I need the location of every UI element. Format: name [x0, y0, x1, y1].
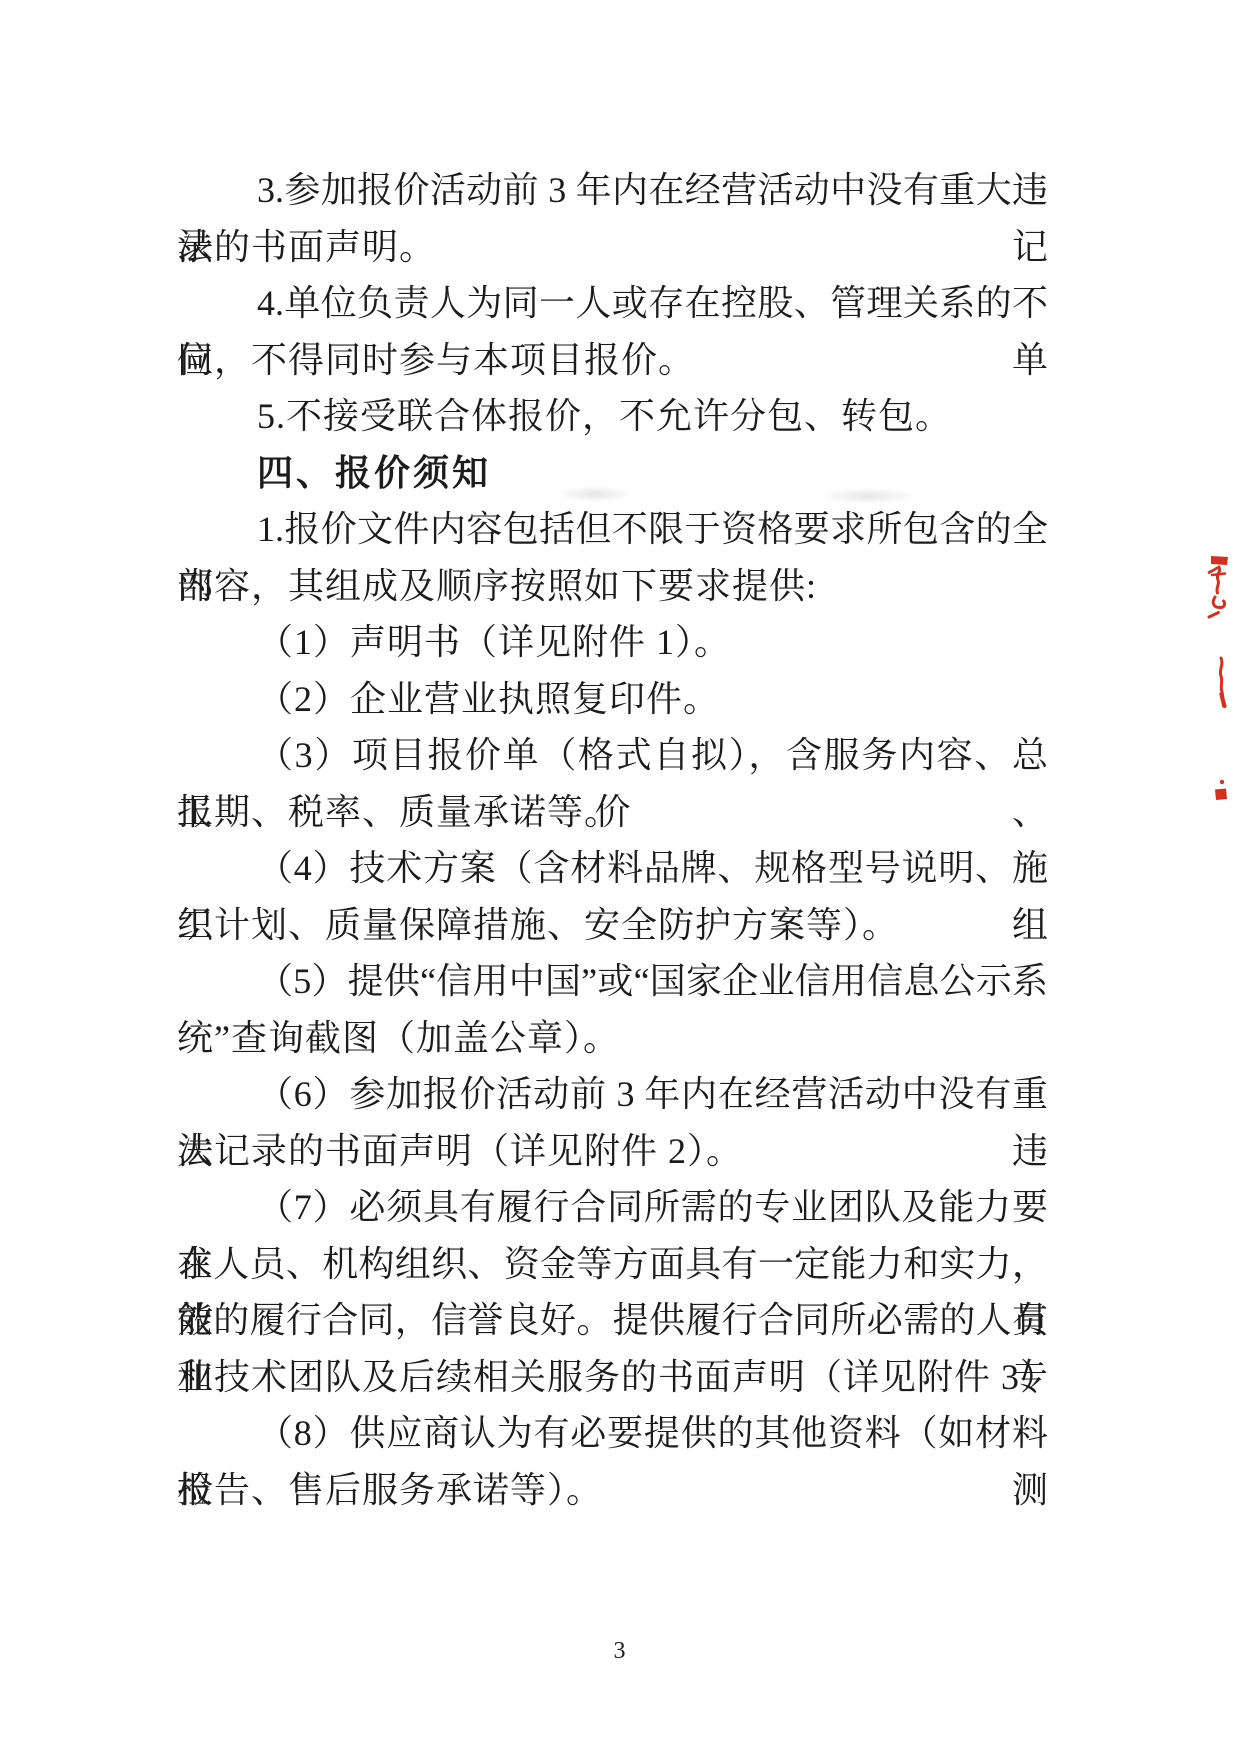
seal-ink-fragment-lower-icon — [1213, 776, 1229, 804]
scanned-document-page: 3.参加报价活动前 3 年内在经营活动中没有重大违法记录的书面声明。4.单位负责… — [0, 0, 1239, 1756]
text-line: （7）必须具有履行合同所需的专业团队及能力要求， — [177, 1179, 1048, 1236]
scan-smudge — [818, 488, 918, 504]
text-line: 效的履行合同，信誉良好。提供履行合同所必需的人员和专 — [177, 1292, 1048, 1349]
text-line: （6）参加报价活动前 3 年内在经营活动中没有重大违 — [177, 1066, 1048, 1123]
text-line: （3）项目报价单（格式自拟），含服务内容、总报价、 — [177, 727, 1048, 784]
text-line: 3.参加报价活动前 3 年内在经营活动中没有重大违法记 — [177, 162, 1048, 219]
scan-smudge — [556, 486, 634, 502]
text-line: （8）供应商认为有必要提供的其他资料（如材料检测 — [177, 1405, 1048, 1462]
text-line: （4）技术方案（含材料品牌、规格型号说明、施工组 — [177, 840, 1048, 897]
seal-ink-fragment-middle-icon — [1214, 656, 1230, 708]
document-body: 3.参加报价活动前 3 年内在经营活动中没有重大违法记录的书面声明。4.单位负责… — [177, 162, 1048, 1518]
text-line: 在人员、机构组织、资金等方面具有一定能力和实力，能有 — [177, 1236, 1048, 1293]
seal-ink-fragment-upper-icon — [1202, 554, 1232, 624]
text-line: （5）提供“信用中国”或“国家企业信用信息公示系 — [177, 953, 1048, 1010]
text-line: 4.单位负责人为同一人或存在控股、管理关系的不同单 — [177, 275, 1048, 332]
text-line: 5.不接受联合体报价，不允许分包、转包。 — [177, 388, 1048, 445]
text-line: （2）企业营业执照复印件。 — [177, 671, 1048, 728]
text-line: （1）声明书（详见附件 1）。 — [177, 614, 1048, 671]
text-line: 内容，其组成及顺序按照如下要求提供: — [177, 558, 1048, 615]
text-line: 1.报价文件内容包括但不限于资格要求所包含的全部 — [177, 501, 1048, 558]
text-line: 统”查询截图（加盖公章）。 — [177, 1010, 1048, 1067]
page-number: 3 — [0, 1636, 1239, 1666]
text-line: 业技术团队及后续相关服务的书面声明（详见附件 3） — [177, 1349, 1048, 1406]
